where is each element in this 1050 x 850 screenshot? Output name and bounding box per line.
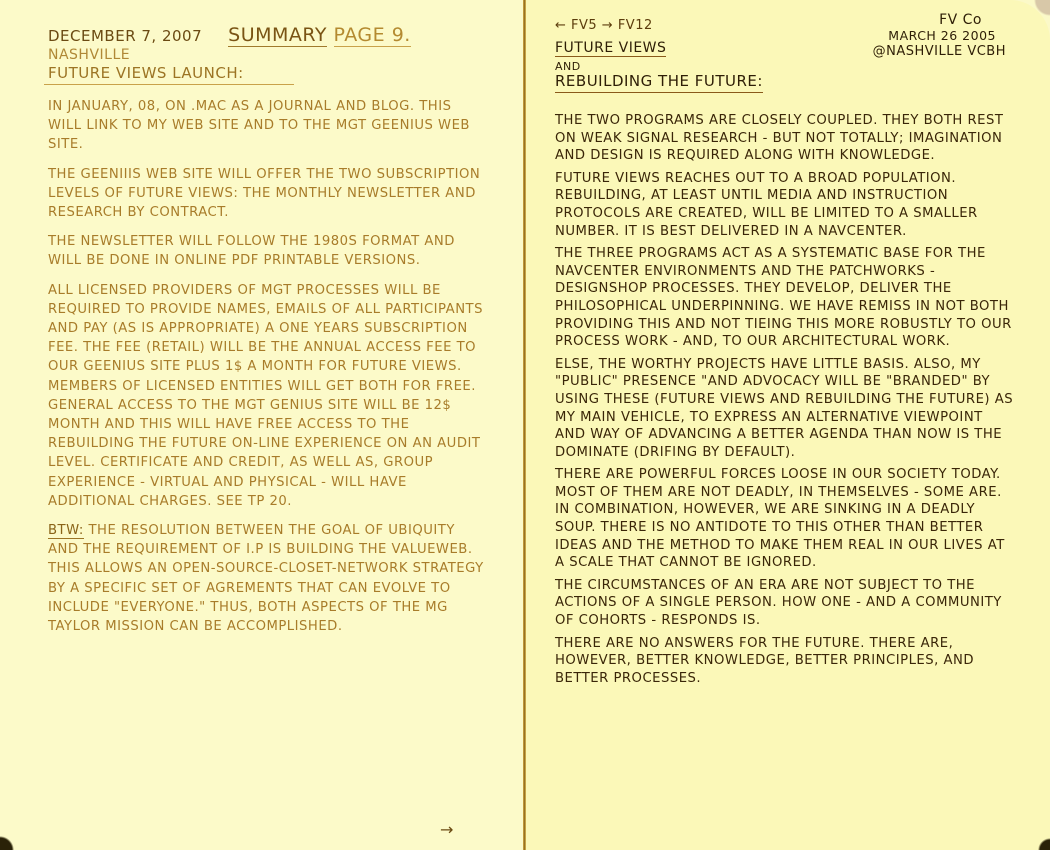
right-paragraph: The circumstances of an era are not subj… (555, 577, 1016, 630)
right-page: ← FV5 → FV12 FV Co March 26 2005 @Nashvi… (525, 0, 1050, 850)
left-paragraph: In January, 08, on .Mac as a journal and… (48, 97, 485, 155)
summary-title-part2: Page 9. (334, 24, 411, 47)
left-page-header: December 7, 2007 Summary Page 9. (48, 24, 485, 46)
right-paragraph: The two programs are closely coupled. Th… (555, 112, 1016, 165)
right-page-header: ← FV5 → FV12 FV Co March 26 2005 @Nashvi… (555, 18, 1016, 106)
right-paragraph: There are no answers for the future. The… (555, 635, 1016, 688)
entry-date: December 7, 2007 (48, 27, 202, 45)
entry-city: Nashville (48, 47, 485, 63)
right-paragraph: There are powerful forces loose in our s… (555, 466, 1016, 572)
left-paragraph: All licensed providers of MGT processes … (48, 281, 485, 511)
entry-location: @Nashville VCBH (873, 44, 1006, 59)
right-paragraph: Future Views reaches out to a broad popu… (555, 170, 1016, 240)
corner-tag: FV Co (939, 12, 982, 28)
right-page-title-line1: Future Views (555, 40, 666, 57)
summary-title-part1: Summary (228, 24, 327, 47)
notebook-spine (523, 0, 526, 850)
right-page-body: The two programs are closely coupled. Th… (555, 112, 1016, 687)
left-paragraph: The newsletter will follow the 1980s for… (48, 232, 485, 270)
left-paragraph: The Geeniiis web site will offer the two… (48, 165, 485, 223)
page-corner (1022, 0, 1050, 28)
left-page: December 7, 2007 Summary Page 9. Nashvil… (0, 0, 525, 850)
continue-arrow-icon: → (440, 820, 454, 839)
btw-paragraph: BTW: The resolution between the goal of … (48, 521, 485, 636)
summary-page-title: Summary Page 9. (228, 24, 411, 46)
page-corner-shadow (1036, 832, 1050, 850)
left-page-body: In January, 08, on .Mac as a journal and… (48, 97, 485, 636)
entry-date: March 26 2005 (888, 28, 996, 43)
page-cross-reference: ← FV5 → FV12 (555, 18, 653, 33)
right-page-title-line2: Rebuilding the Future: (555, 72, 763, 93)
notebook-spread: December 7, 2007 Summary Page 9. Nashvil… (0, 0, 1050, 850)
left-page-title: Future Views Launch: (44, 64, 294, 85)
btw-label: BTW: (48, 523, 84, 539)
btw-text: The resolution between the goal of ubiqu… (48, 523, 484, 634)
right-paragraph: Else, the worthy projects have little ba… (555, 356, 1016, 462)
right-paragraph: The three programs act as a systematic b… (555, 245, 1016, 351)
page-corner-shadow (0, 820, 20, 850)
